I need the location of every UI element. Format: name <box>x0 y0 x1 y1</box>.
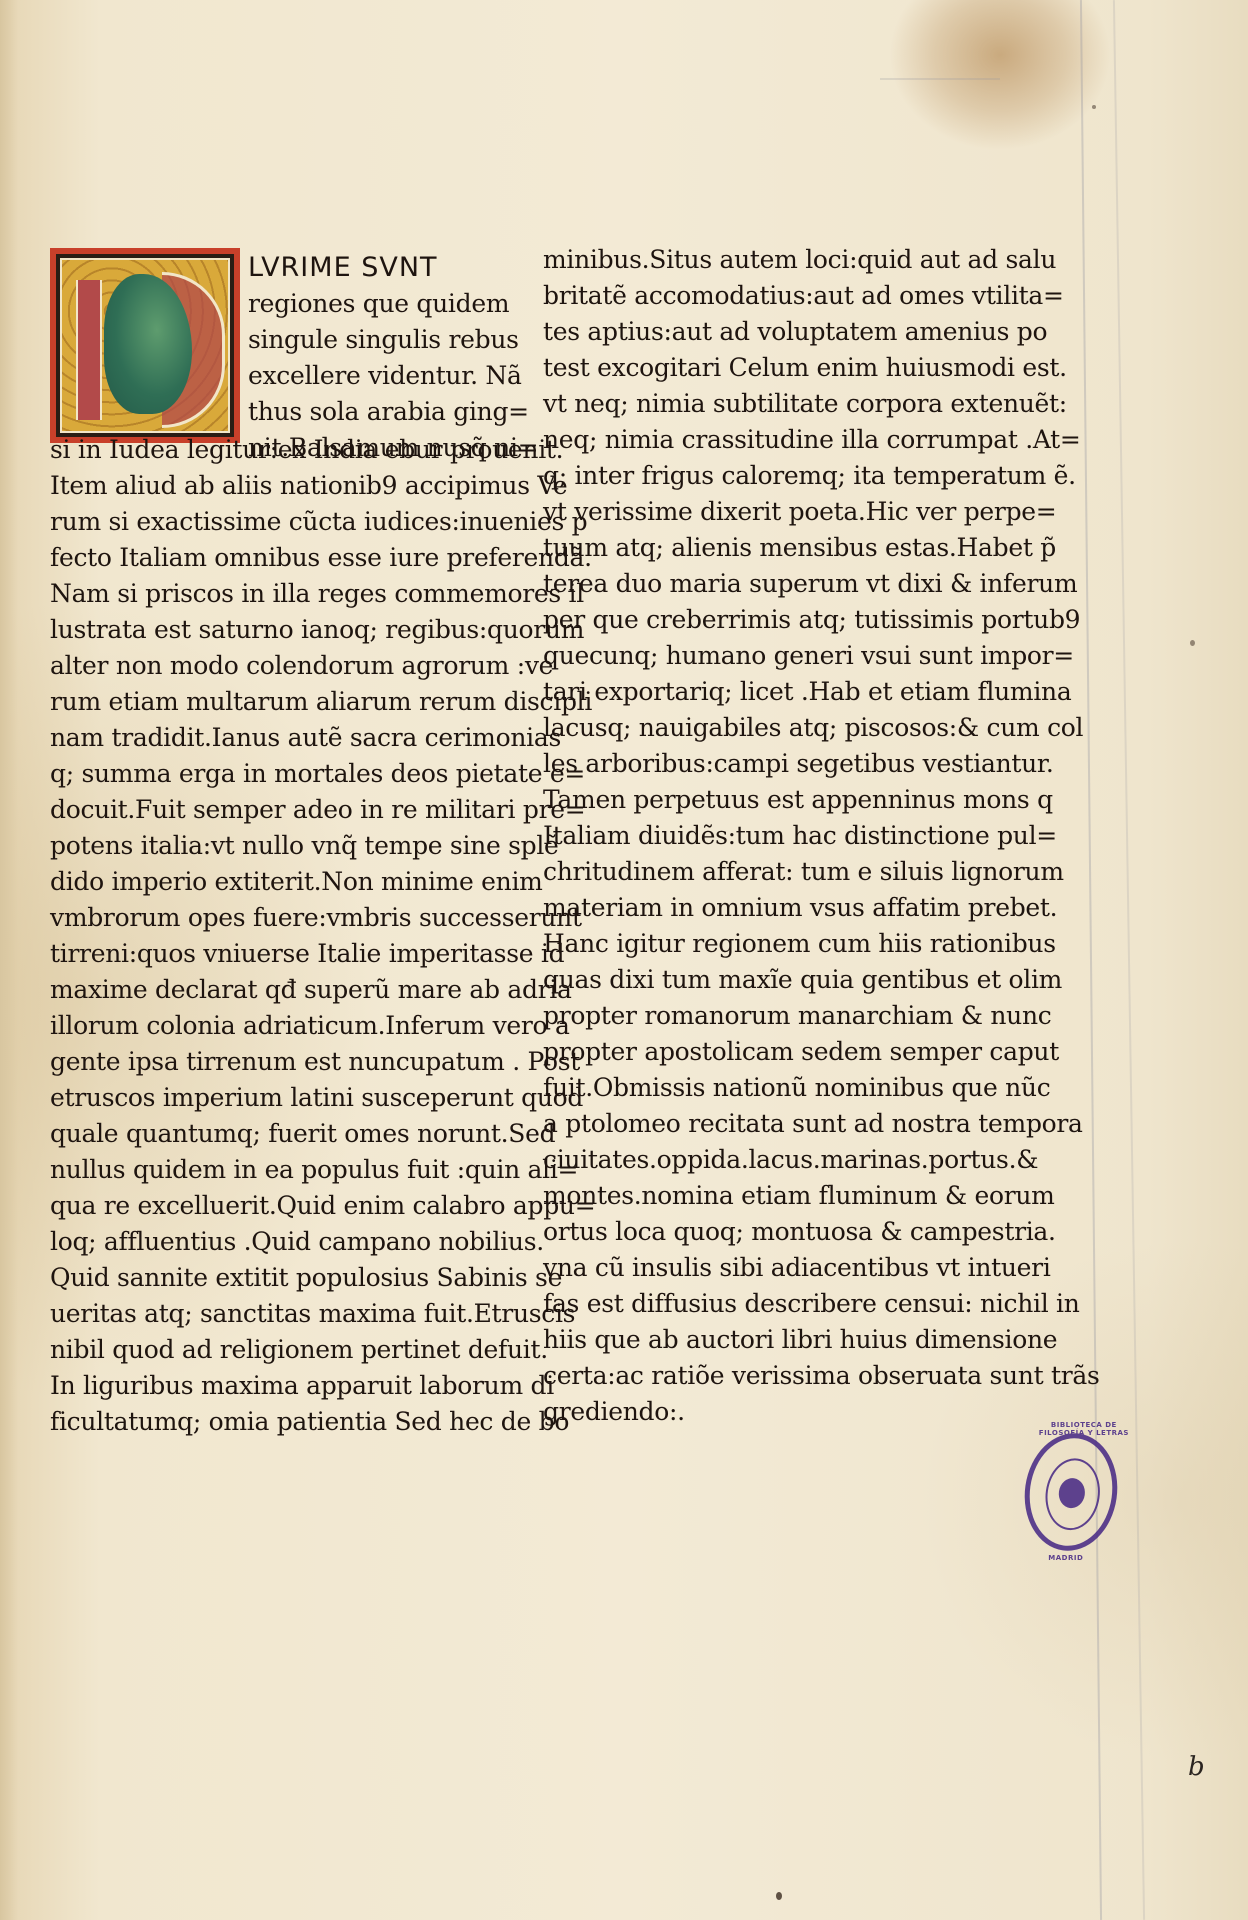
text-line: chritudinem afferat: tum e siluis lignor… <box>543 854 1013 890</box>
text-line: vt neq; nimia subtilitate corpora extenu… <box>543 386 1013 422</box>
text-line: nullus quidem in ea populus fuit :quin a… <box>50 1152 500 1188</box>
text-line: propter apostolicam sedem semper caput <box>543 1034 1013 1070</box>
left-column-text: si in Iudea legitur:ex India ebur prouen… <box>50 432 500 1440</box>
text-line: rum etiam multarum aliarum rerum discipl… <box>50 684 500 720</box>
text-line: nam tradidit.Ianus autẽ sacra cerimonias <box>50 720 500 756</box>
text-line: rum si exactissime cũcta iudices:inuenie… <box>50 504 500 540</box>
text-line: Item aliud ab aliis nationib9 accipimus … <box>50 468 500 504</box>
text-line: regiones que quidem <box>248 286 500 322</box>
text-line: terea duo maria superum vt dixi & inferu… <box>543 566 1013 602</box>
initial-letter-stem <box>76 280 102 420</box>
text-line: a ptolomeo recitata sunt ad nostra tempo… <box>543 1106 1013 1142</box>
text-line: si in Iudea legitur:ex India ebur prouen… <box>50 432 500 468</box>
decorated-initial: P <box>50 248 240 443</box>
right-column-text: minibus.Situs autem loci:quid aut ad sal… <box>543 242 1013 1430</box>
text-line: hiis que ab auctori libri huius dimensio… <box>543 1322 1013 1358</box>
text-line: lacusq; nauigabiles atq; piscosos:& cum … <box>543 710 1013 746</box>
text-line: Quid sannite extitit populosius Sabinis … <box>50 1260 500 1296</box>
paper-speck <box>1190 640 1195 646</box>
text-line: tari exportariq; licet .Hab et etiam flu… <box>543 674 1013 710</box>
text-line: montes.nomina etiam fluminum & eorum <box>543 1178 1013 1214</box>
text-line: q; summa erga in mortales deos pietate e… <box>50 756 500 792</box>
text-line: per que creberrimis atq; tutissimis port… <box>543 602 1013 638</box>
text-line: ficultatumq; omia patientia Sed hec de b… <box>50 1404 500 1440</box>
text-line: certa:ac ratiõe verissima obseruata sunt… <box>543 1358 1013 1394</box>
text-line: ueritas atq; sanctitas maxima fuit.Etrus… <box>50 1296 500 1332</box>
text-line: loq; affluentius .Quid campano nobilius. <box>50 1224 500 1260</box>
text-line: neq; nimia crassitudine illa corrumpat .… <box>543 422 1013 458</box>
text-line: vna cũ insulis sibi adiacentibus vt intu… <box>543 1250 1013 1286</box>
text-line: tirreni:quos vniuerse Italie imperitasse… <box>50 936 500 972</box>
text-line: Hanc igitur regionem cum hiis rationibus <box>543 926 1013 962</box>
text-line: vt verissime dixerit poeta.Hic ver perpe… <box>543 494 1013 530</box>
text-line: Tamen perpetuus est appenninus mons q <box>543 782 1013 818</box>
text-line: In liguribus maxima apparuit laborum di <box>50 1368 500 1404</box>
text-line: dido imperio extiterit.Non minime enim <box>50 864 500 900</box>
folio-signature-mark: b <box>1188 1752 1205 1782</box>
text-line: minibus.Situs autem loci:quid aut ad sal… <box>543 242 1013 278</box>
text-line: ciuitates.oppida.lacus.marinas.portus.& <box>543 1142 1013 1178</box>
text-line: singule singulis rebus <box>248 322 500 358</box>
stamp-text-bottom: MADRID <box>1011 1554 1121 1562</box>
text-line: excellere videntur. Nã <box>248 358 500 394</box>
text-line: fecto Italiam omnibus esse iure preferen… <box>50 540 500 576</box>
text-line: test excogitari Celum enim huiusmodi est… <box>543 350 1013 386</box>
text-line: vmbrorum opes fuere:vmbris successerunt <box>50 900 500 936</box>
stamp-text-top: BIBLIOTECA DE FILOSOFÍA Y LETRAS <box>1029 1421 1139 1437</box>
ruling-line-top <box>880 78 1000 80</box>
text-line: q; inter frigus caloremq; ita temperatum… <box>543 458 1013 494</box>
text-line: lustrata est saturno ianoq; regibus:quor… <box>50 612 500 648</box>
text-line: qua re excelluerit.Quid enim calabro app… <box>50 1188 500 1224</box>
text-line: Italiam diuidẽs:tum hac distinctione pul… <box>543 818 1013 854</box>
text-line: thus sola arabia ging= <box>248 394 500 430</box>
text-line: britatẽ accomodatius:aut ad omes vtilita… <box>543 278 1013 314</box>
paper-speck <box>1092 105 1096 109</box>
paper-speck <box>776 1892 782 1900</box>
initial-letter: P <box>62 260 228 261</box>
text-line: tes aptius:aut ad voluptatem amenius po <box>543 314 1013 350</box>
text-line: Nam si priscos in illa reges commemores … <box>50 576 500 612</box>
text-line: quale quantumq; fuerit omes norunt.Sed <box>50 1116 500 1152</box>
binding-edge-shadow <box>0 0 18 1920</box>
text-line: gente ipsa tirrenum est nuncupatum . Pos… <box>50 1044 500 1080</box>
initial-gold-field: P <box>60 258 230 433</box>
text-line: materiam in omnium vsus affatim prebet. <box>543 890 1013 926</box>
text-line: tuum atq; alienis mensibus estas.Habet p… <box>543 530 1013 566</box>
text-line: potens italia:vt nullo vnq̃ tempe sine s… <box>50 828 500 864</box>
text-line: maxime declarat qđ superũ mare ab adria <box>50 972 500 1008</box>
text-line: docuit.Fuit semper adeo in re militari p… <box>50 792 500 828</box>
opening-heading: LVRIME SVNT <box>248 250 500 286</box>
text-line: grediendo:. <box>543 1394 1013 1430</box>
text-line: fas est diffusius describere censui: nic… <box>543 1286 1013 1322</box>
text-line: etruscos imperium latini susceperunt quo… <box>50 1080 500 1116</box>
text-line: propter romanorum manarchiam & nunc <box>543 998 1013 1034</box>
text-line: nibil quod ad religionem pertinet defuit… <box>50 1332 500 1368</box>
text-line: illorum colonia adriaticum.Inferum vero … <box>50 1008 500 1044</box>
text-line: ortus loca quoq; montuosa & campestria. <box>543 1214 1013 1250</box>
text-line: les arboribus:campi segetibus vestiantur… <box>543 746 1013 782</box>
text-line: alter non modo colendorum agrorum :ve <box>50 648 500 684</box>
text-line: quecunq; humano generi vsui sunt impor= <box>543 638 1013 674</box>
text-line: fuit.Obmissis nationũ nominibus que nũc <box>543 1070 1013 1106</box>
text-line: quas dixi tum maxĩe quia gentibus et oli… <box>543 962 1013 998</box>
